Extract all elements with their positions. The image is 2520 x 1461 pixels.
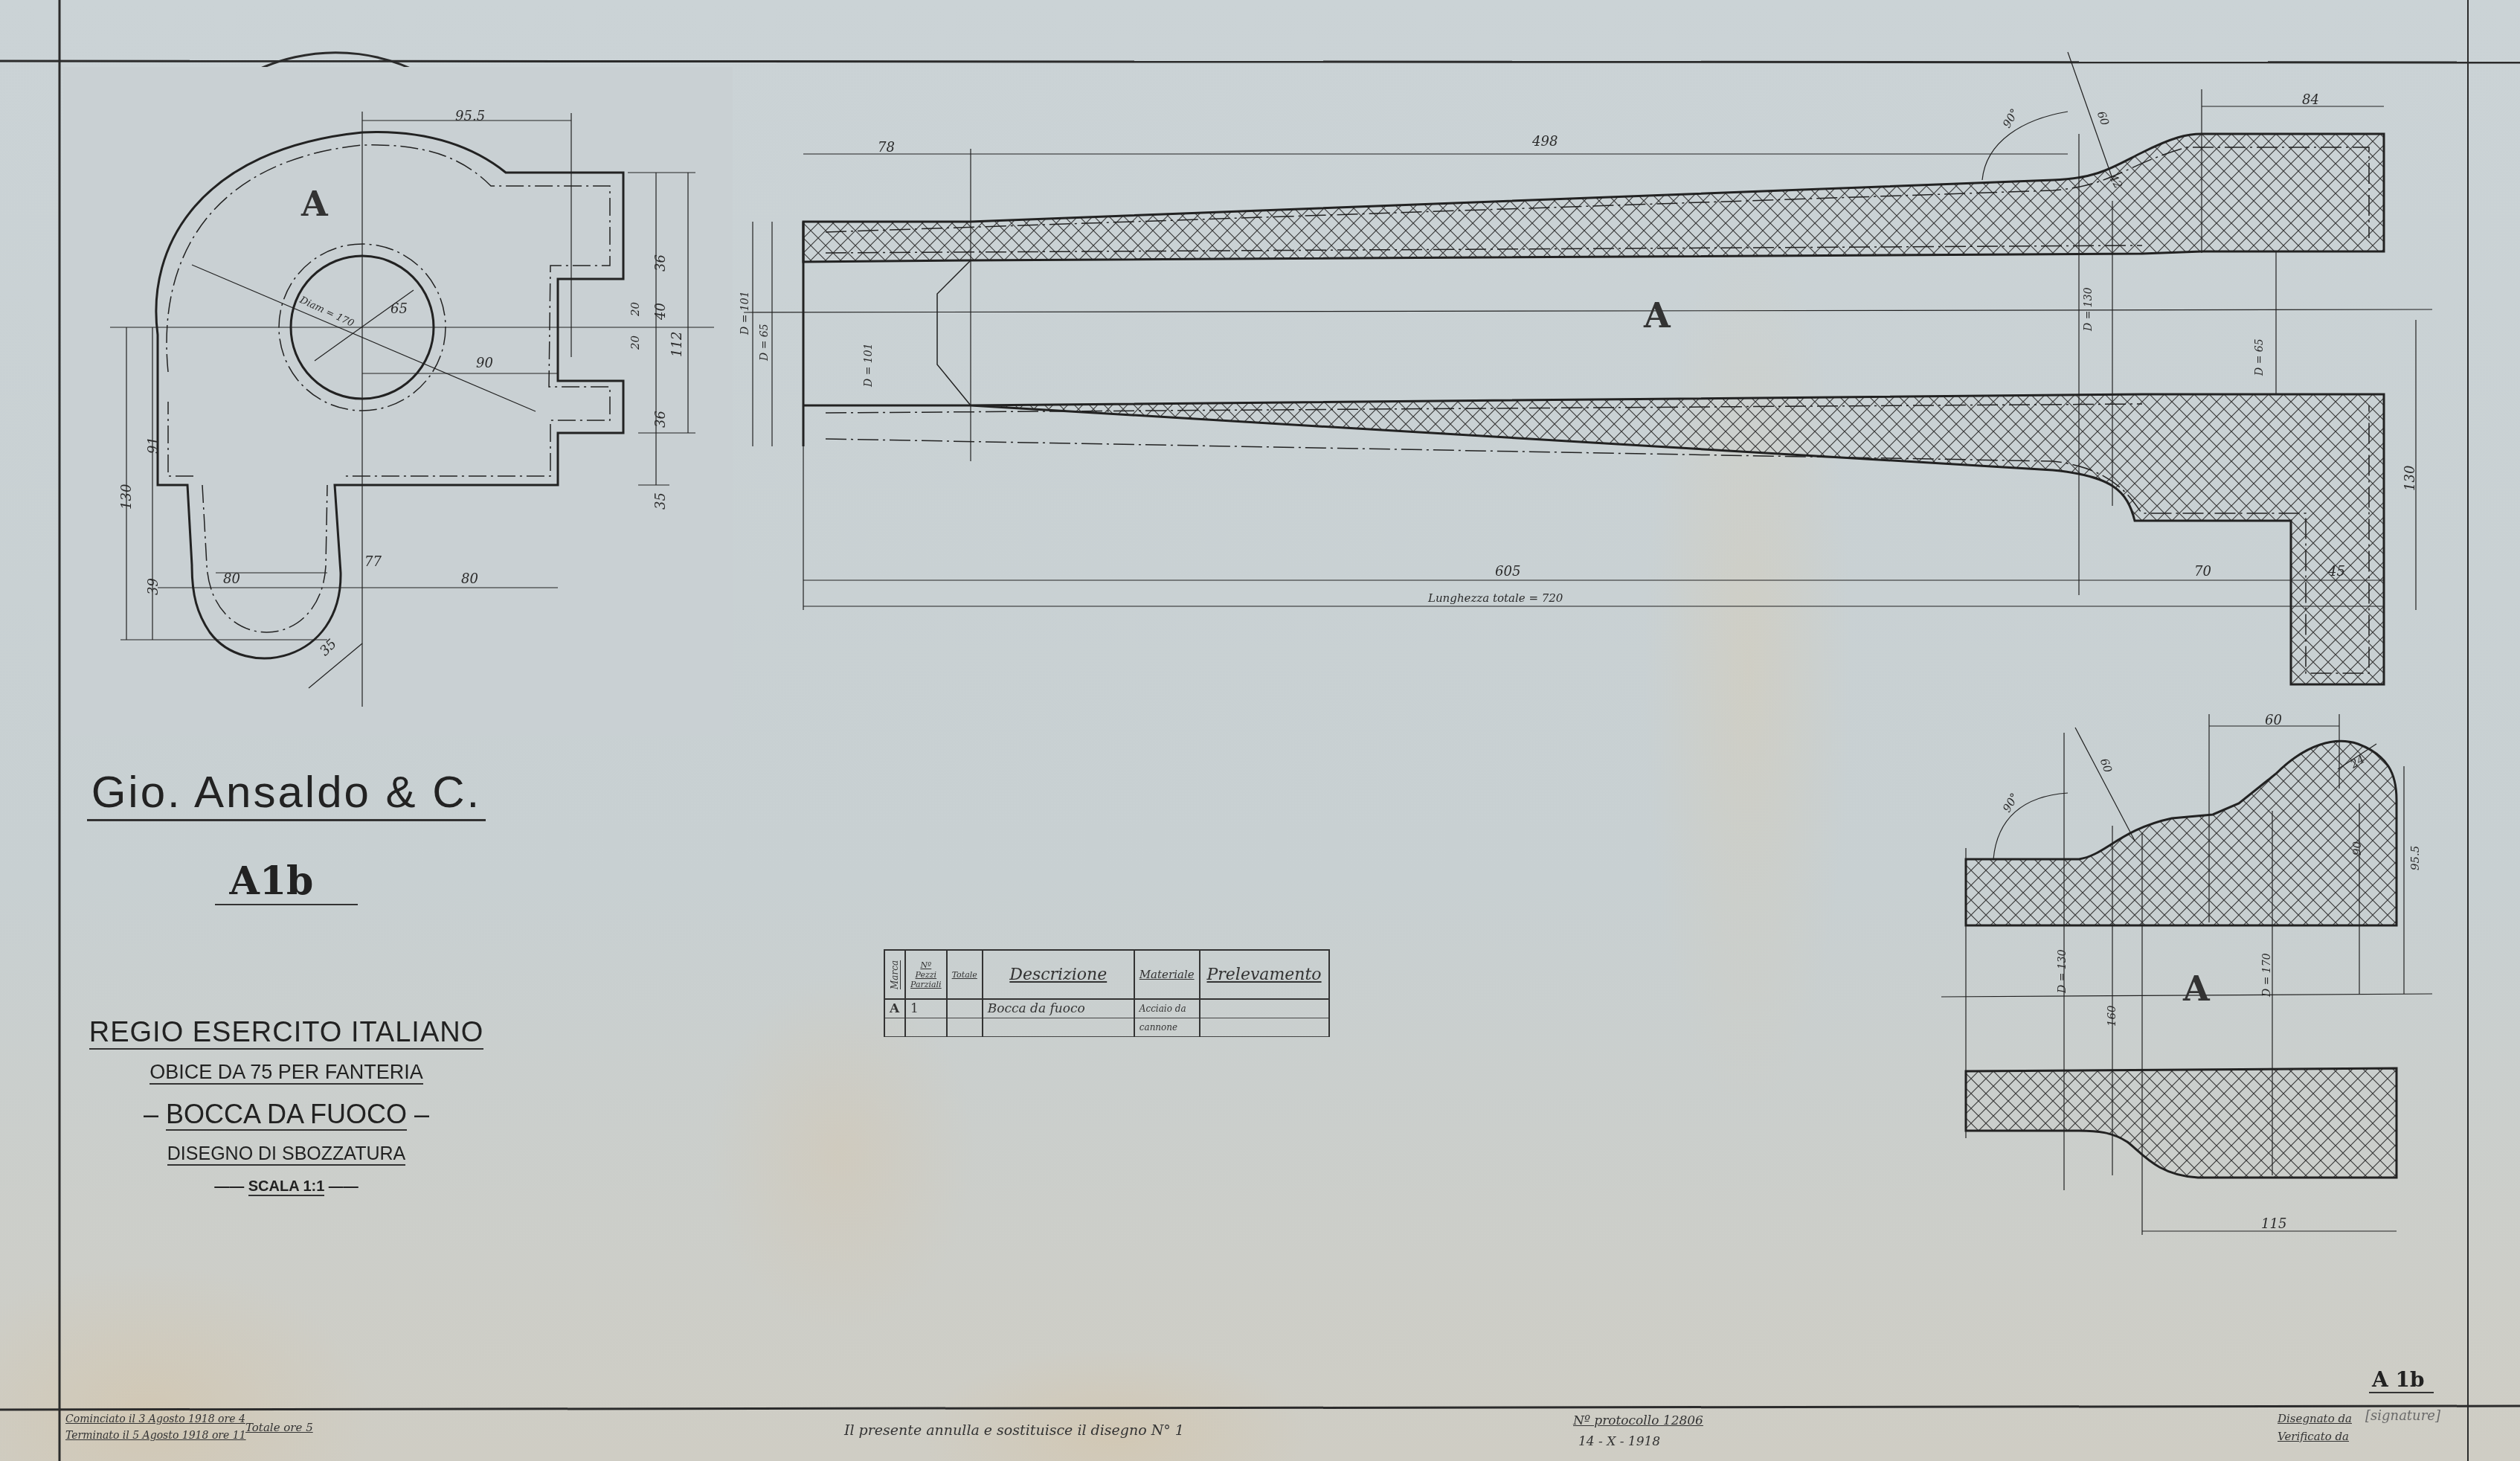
drawing-type: Disegno di Sbozzatura (167, 1143, 405, 1166)
dim-end-lug-width: 77 (364, 554, 382, 570)
dim-end-right-3: 40 (653, 303, 669, 320)
footer-start: Cominciato il 3 Agosto 1918 ore 4 (65, 1413, 245, 1425)
footer-checked-by: Verificato da (2278, 1430, 2349, 1443)
footer-protocol: Nº protocollo 12806 (1573, 1413, 1703, 1428)
dim-end-right-6: 35 (653, 492, 669, 510)
row-withdrawal (1200, 999, 1329, 1018)
footer-protocol-date: 14 - X - 1918 (1578, 1434, 1660, 1449)
dim-side-bottom-605: 605 (1495, 564, 1520, 579)
dim-end-left-3: 39 (146, 578, 161, 595)
dim-side-muzzle-outer: D = 101 (739, 291, 751, 335)
dim-side-height-130: 130 (2402, 466, 2418, 491)
dim-detail-h90: 90 (2350, 841, 2364, 855)
dim-end-top-width: 95.5 (455, 109, 485, 124)
dim-end-bottom-left: 80 (223, 571, 240, 587)
dim-detail-h160: 160 (2105, 1005, 2118, 1027)
subject: Obice da 75 per Fanteria (150, 1061, 423, 1085)
dim-end-overall: 112 (669, 332, 685, 357)
row-mark: A (884, 999, 905, 1018)
dim-side-muzzle-bore: D = 65 (759, 324, 771, 361)
part-name: Bocca da Fuoco (166, 1099, 407, 1131)
drawing-code: A1b (215, 858, 359, 905)
dim-end-right-4: 20 (629, 335, 642, 350)
end-view-part-label: A (300, 184, 329, 224)
header-withdrawal: Prelevamento (1200, 950, 1329, 999)
dim-end-radius: 90 (476, 356, 493, 371)
footer-signature: [signature] (2365, 1408, 2440, 1424)
dim-side-d65: D = 65 (2254, 338, 2266, 376)
barrel-side-view: A (744, 52, 2432, 684)
dim-end-right-5: 36 (653, 411, 669, 428)
dim-side-total-length: Lunghezza totale = 720 (1428, 591, 1563, 605)
row-partial: 1 (905, 999, 947, 1018)
dim-side-top-main: 498 (1532, 134, 1558, 150)
header-partial-label: Parziali (910, 980, 942, 989)
row-material-2: cannone (1134, 1018, 1200, 1037)
dim-end-left-1: 91 (146, 437, 161, 454)
title-block: Gio. Ansaldo & C. A1b Regio Esercito Ita… (56, 766, 517, 1195)
dim-end-right-1: 36 (653, 254, 669, 272)
organization: Regio Esercito Italiano (89, 1017, 483, 1050)
footer-total-hours: Totale ore 5 (245, 1421, 313, 1434)
parts-table-header: Marca Nº Pezzi Parziali Totale Descrizio… (884, 950, 1329, 999)
detail-view: A (1941, 714, 2432, 1235)
dim-detail-d170: D = 170 (2261, 953, 2273, 997)
dim-end-bottom-right: 80 (461, 571, 478, 587)
row-description: Bocca da fuoco (983, 999, 1134, 1018)
table-row: cannone (884, 1018, 1329, 1037)
header-material: Materiale (1134, 950, 1200, 999)
main-drawing: A A (0, 0, 2520, 1461)
row-total (947, 999, 983, 1018)
dim-side-chamfer: D = 101 (863, 343, 875, 387)
footer-end: Terminato il 5 Agosto 1918 ore 11 (65, 1430, 246, 1442)
dim-detail-d130: D = 130 (2057, 949, 2069, 993)
dim-end-bore: 65 (390, 301, 408, 317)
row-material-1: Acciaio da (1134, 999, 1200, 1018)
dim-side-bottom-70: 70 (2194, 564, 2211, 579)
sheet-code: A 1b (2369, 1367, 2434, 1393)
footer-center-note: Il presente annulla e sostituisce il dis… (844, 1422, 1184, 1439)
parts-table: Marca Nº Pezzi Parziali Totale Descrizio… (884, 949, 1330, 1037)
dim-detail-bottom-115: 115 (2261, 1216, 2286, 1232)
header-pieces: Nº Pezzi (910, 960, 942, 980)
dim-side-d130: D = 130 (2083, 287, 2095, 331)
header-partial: Nº Pezzi Parziali (905, 950, 947, 999)
header-mark: Marca (884, 950, 905, 999)
dim-detail-h95: 95.5 (2408, 846, 2422, 870)
dim-side-bottom-45: 45 (2328, 564, 2345, 579)
header-total: Totale (947, 950, 983, 999)
dim-end-right-2: 20 (629, 302, 642, 316)
dim-detail-top-60: 60 (2265, 713, 2282, 728)
company-name: Gio. Ansaldo & C. (87, 766, 486, 821)
detail-view-part-label: A (2182, 969, 2211, 1009)
side-view-part-label: A (1643, 295, 1671, 335)
dim-side-breech-len: 84 (2302, 92, 2319, 108)
dim-side-top-left: 78 (878, 140, 895, 155)
scale: Scala 1:1 (248, 1178, 325, 1196)
dim-end-left-2: 130 (119, 484, 135, 510)
header-description: Descrizione (983, 950, 1134, 999)
table-row: A 1 Bocca da fuoco Acciaio da (884, 999, 1329, 1018)
footer-drawn-by: Disegnato da (2278, 1412, 2352, 1425)
